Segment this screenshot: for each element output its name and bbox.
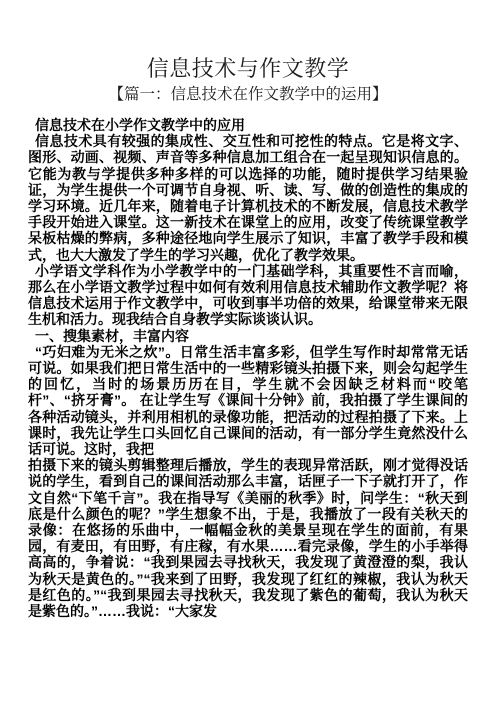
section-application-heading: 信息技术在小学作文教学中的应用 (28, 117, 468, 133)
document-page: 信息技术与作文教学 【篇一：信息技术在作文教学中的运用】 信息技术在小学作文教学… (0, 0, 496, 702)
paragraph-it-characteristics: 信息技术具有较强的集成性、交互性和可挖性的特点。它是将文字、图形、动画、视频、声… (28, 133, 468, 263)
paragraph-playback-autumn-lesson: 拍摄下来的镜头剪辑整理后播放，学生的表现异常活跃，刚才觉得没话说的学生，看到自己… (28, 457, 468, 619)
paragraph-chinese-subject: 小学语文学科作为小学教学中的一门基础学科，其重要性不言而喻，那么在小学语文教学过… (28, 263, 468, 328)
section-heading-collect-material: 一、搜集素材，丰富内容 (28, 328, 468, 344)
document-subtitle: 【篇一：信息技术在作文教学中的运用】 (0, 85, 496, 104)
paragraph-filming-class-break: “巧妇难为无米之炊”。日常生活丰富多彩，但学生写作时却常常无话可说。如果我们把日… (28, 344, 468, 457)
document-title: 信息技术与作文教学 (0, 0, 496, 82)
document-body: 信息技术在小学作文教学中的应用 信息技术具有较强的集成性、交互性和可挖性的特点。… (28, 117, 468, 619)
